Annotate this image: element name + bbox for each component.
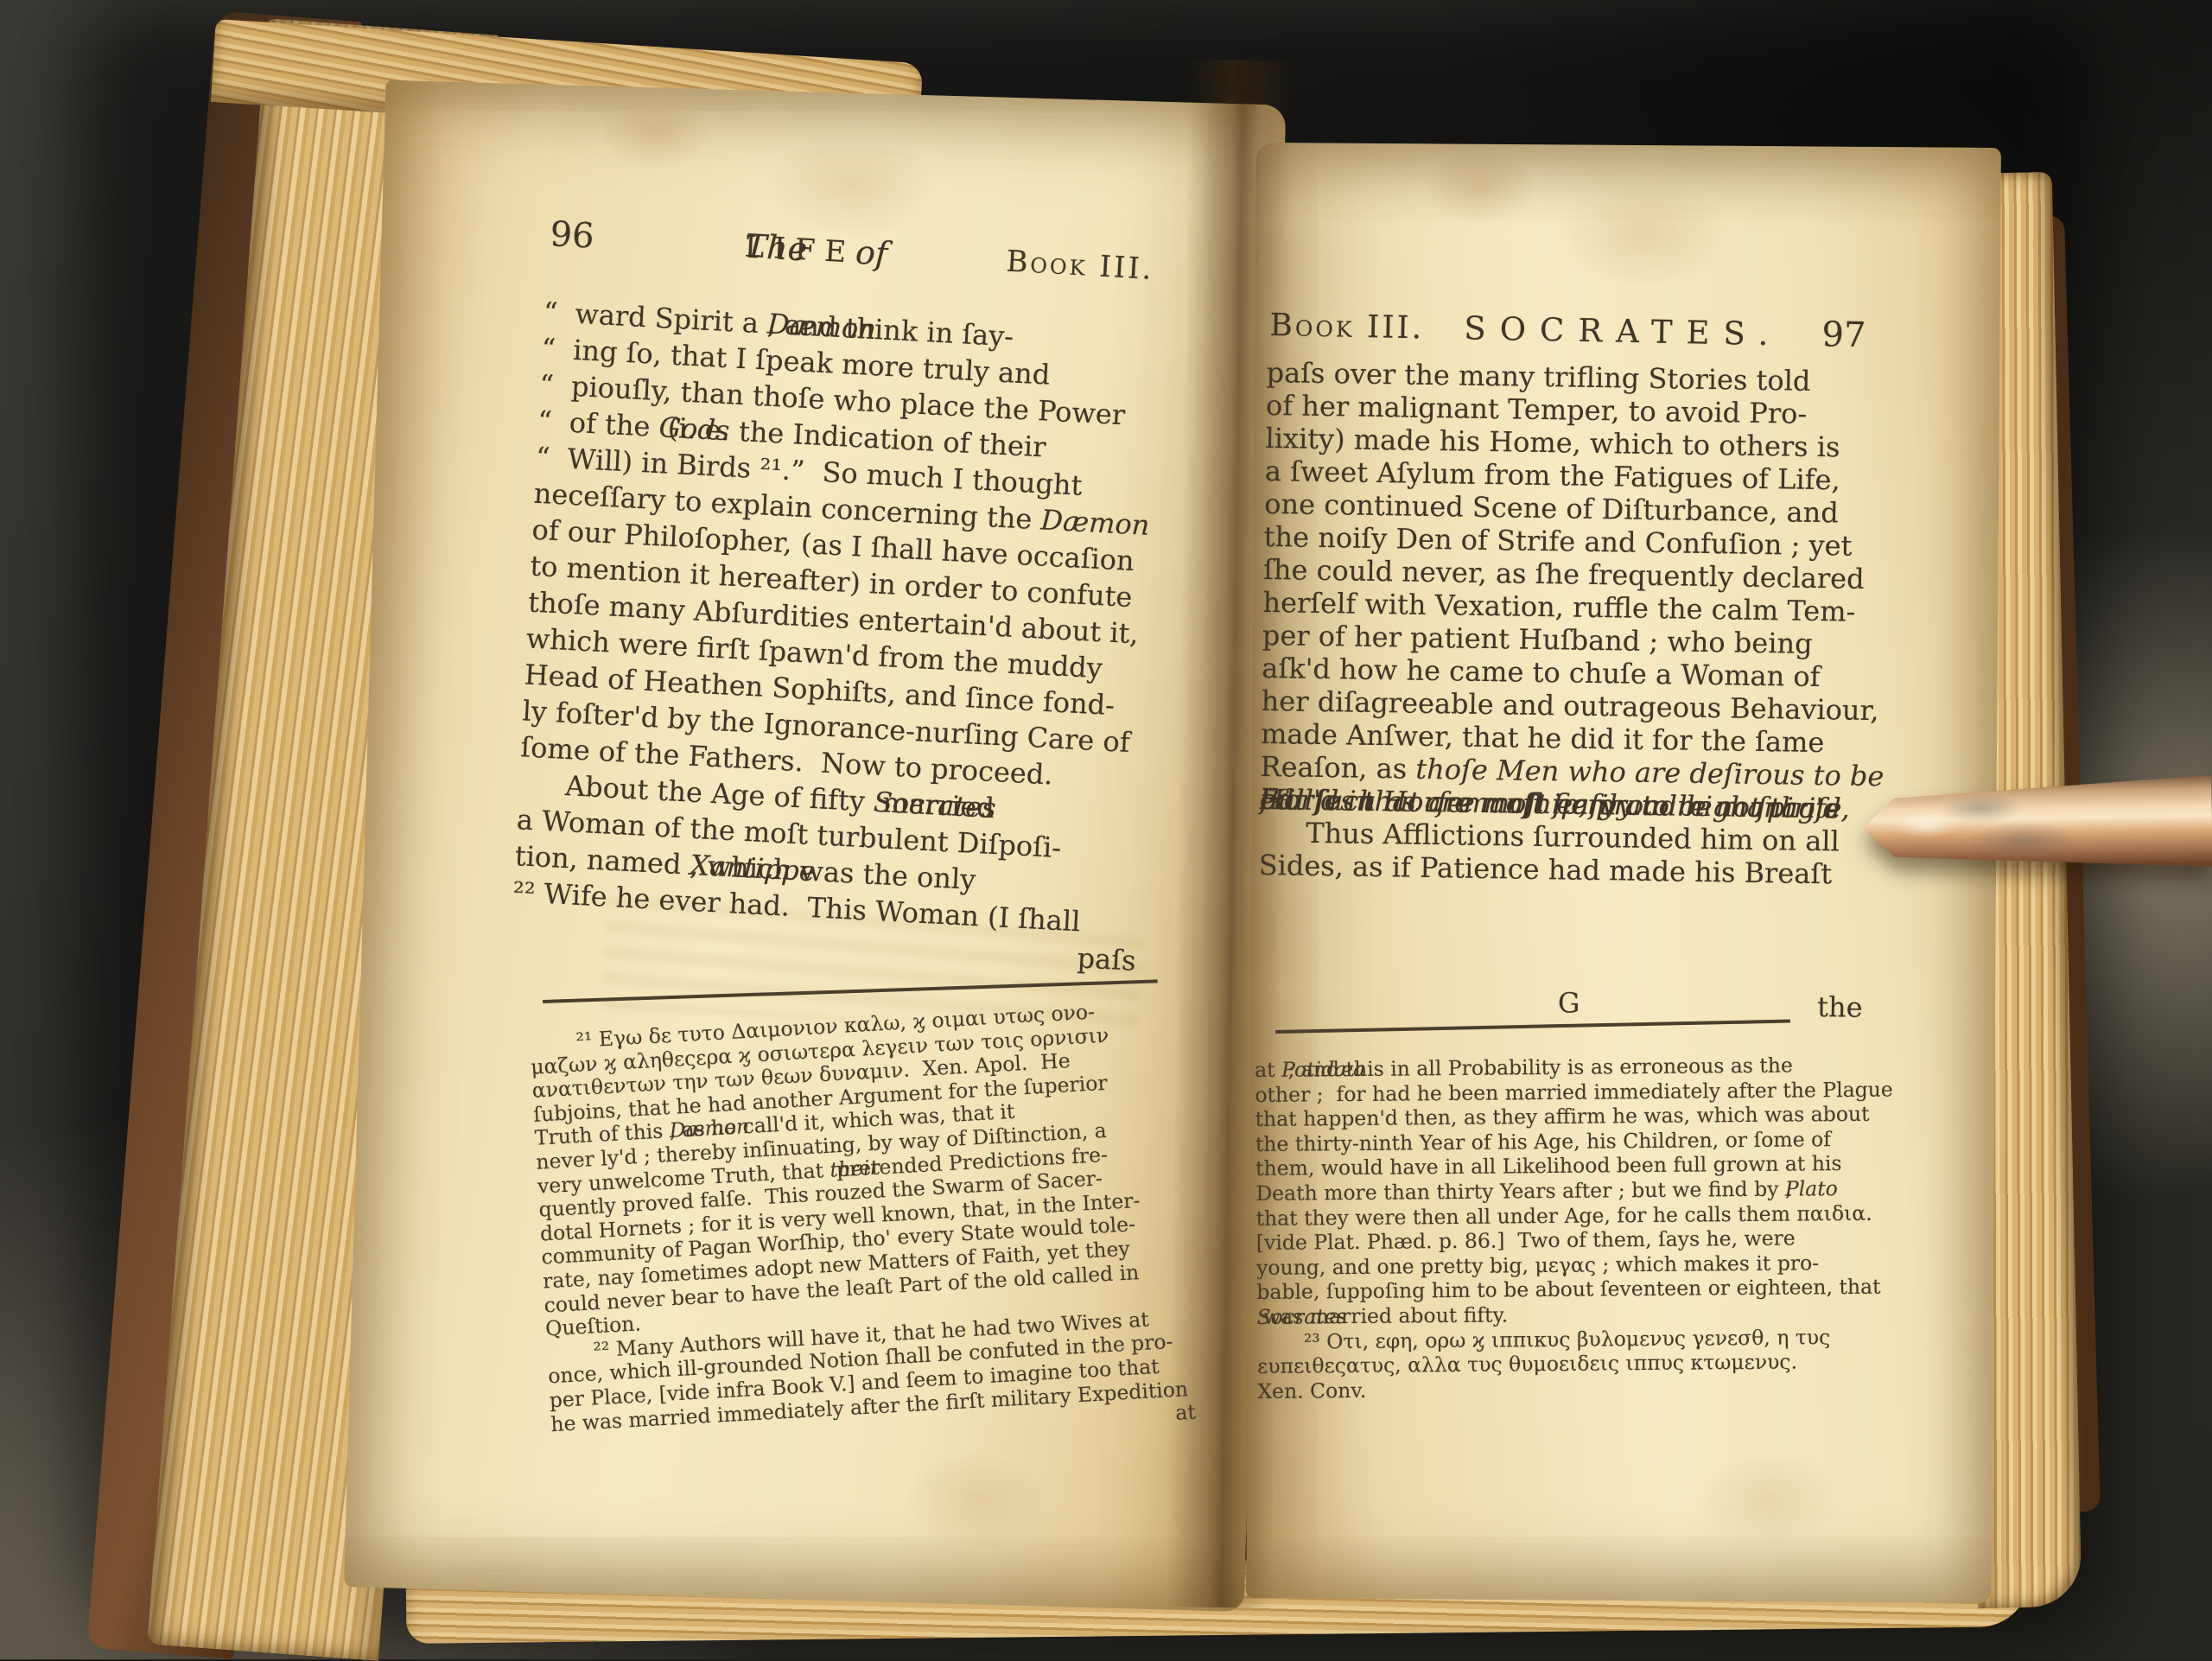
pen bbox=[1862, 775, 2212, 872]
page-number-right: 97 bbox=[1821, 315, 1866, 355]
photo-backdrop: 96 The LIFE of Book III. “ ward Spirit a… bbox=[0, 0, 2212, 1659]
book-number-right: Book III. bbox=[1269, 308, 1424, 346]
right-page-body-text: paſs over the many trifling Stories told… bbox=[1258, 356, 1871, 891]
running-title-left: The LIFE of bbox=[744, 227, 857, 270]
right-page-footnotes: at Potidæa ; and this in all Probability… bbox=[1255, 1053, 1893, 1404]
signature-mark: G bbox=[1558, 986, 1580, 1019]
pen-body bbox=[1862, 775, 2212, 872]
page-number-left: 96 bbox=[549, 214, 594, 257]
book-number-left: Book III. bbox=[1005, 245, 1154, 287]
catchword-right: the bbox=[1817, 990, 1863, 1024]
left-page-footnotes: ²¹ Εγω δε τυτο Δαιμονιον καλω, ϗ οιμαι υ… bbox=[529, 996, 1197, 1461]
running-title-right: SOCRATES. bbox=[1464, 309, 1783, 353]
left-page-body-text: “ ward Spirit a Dæmon, and think in ſay-… bbox=[510, 294, 1169, 979]
book: 96 The LIFE of Book III. “ ward Spirit a… bbox=[0, 0, 2212, 1659]
